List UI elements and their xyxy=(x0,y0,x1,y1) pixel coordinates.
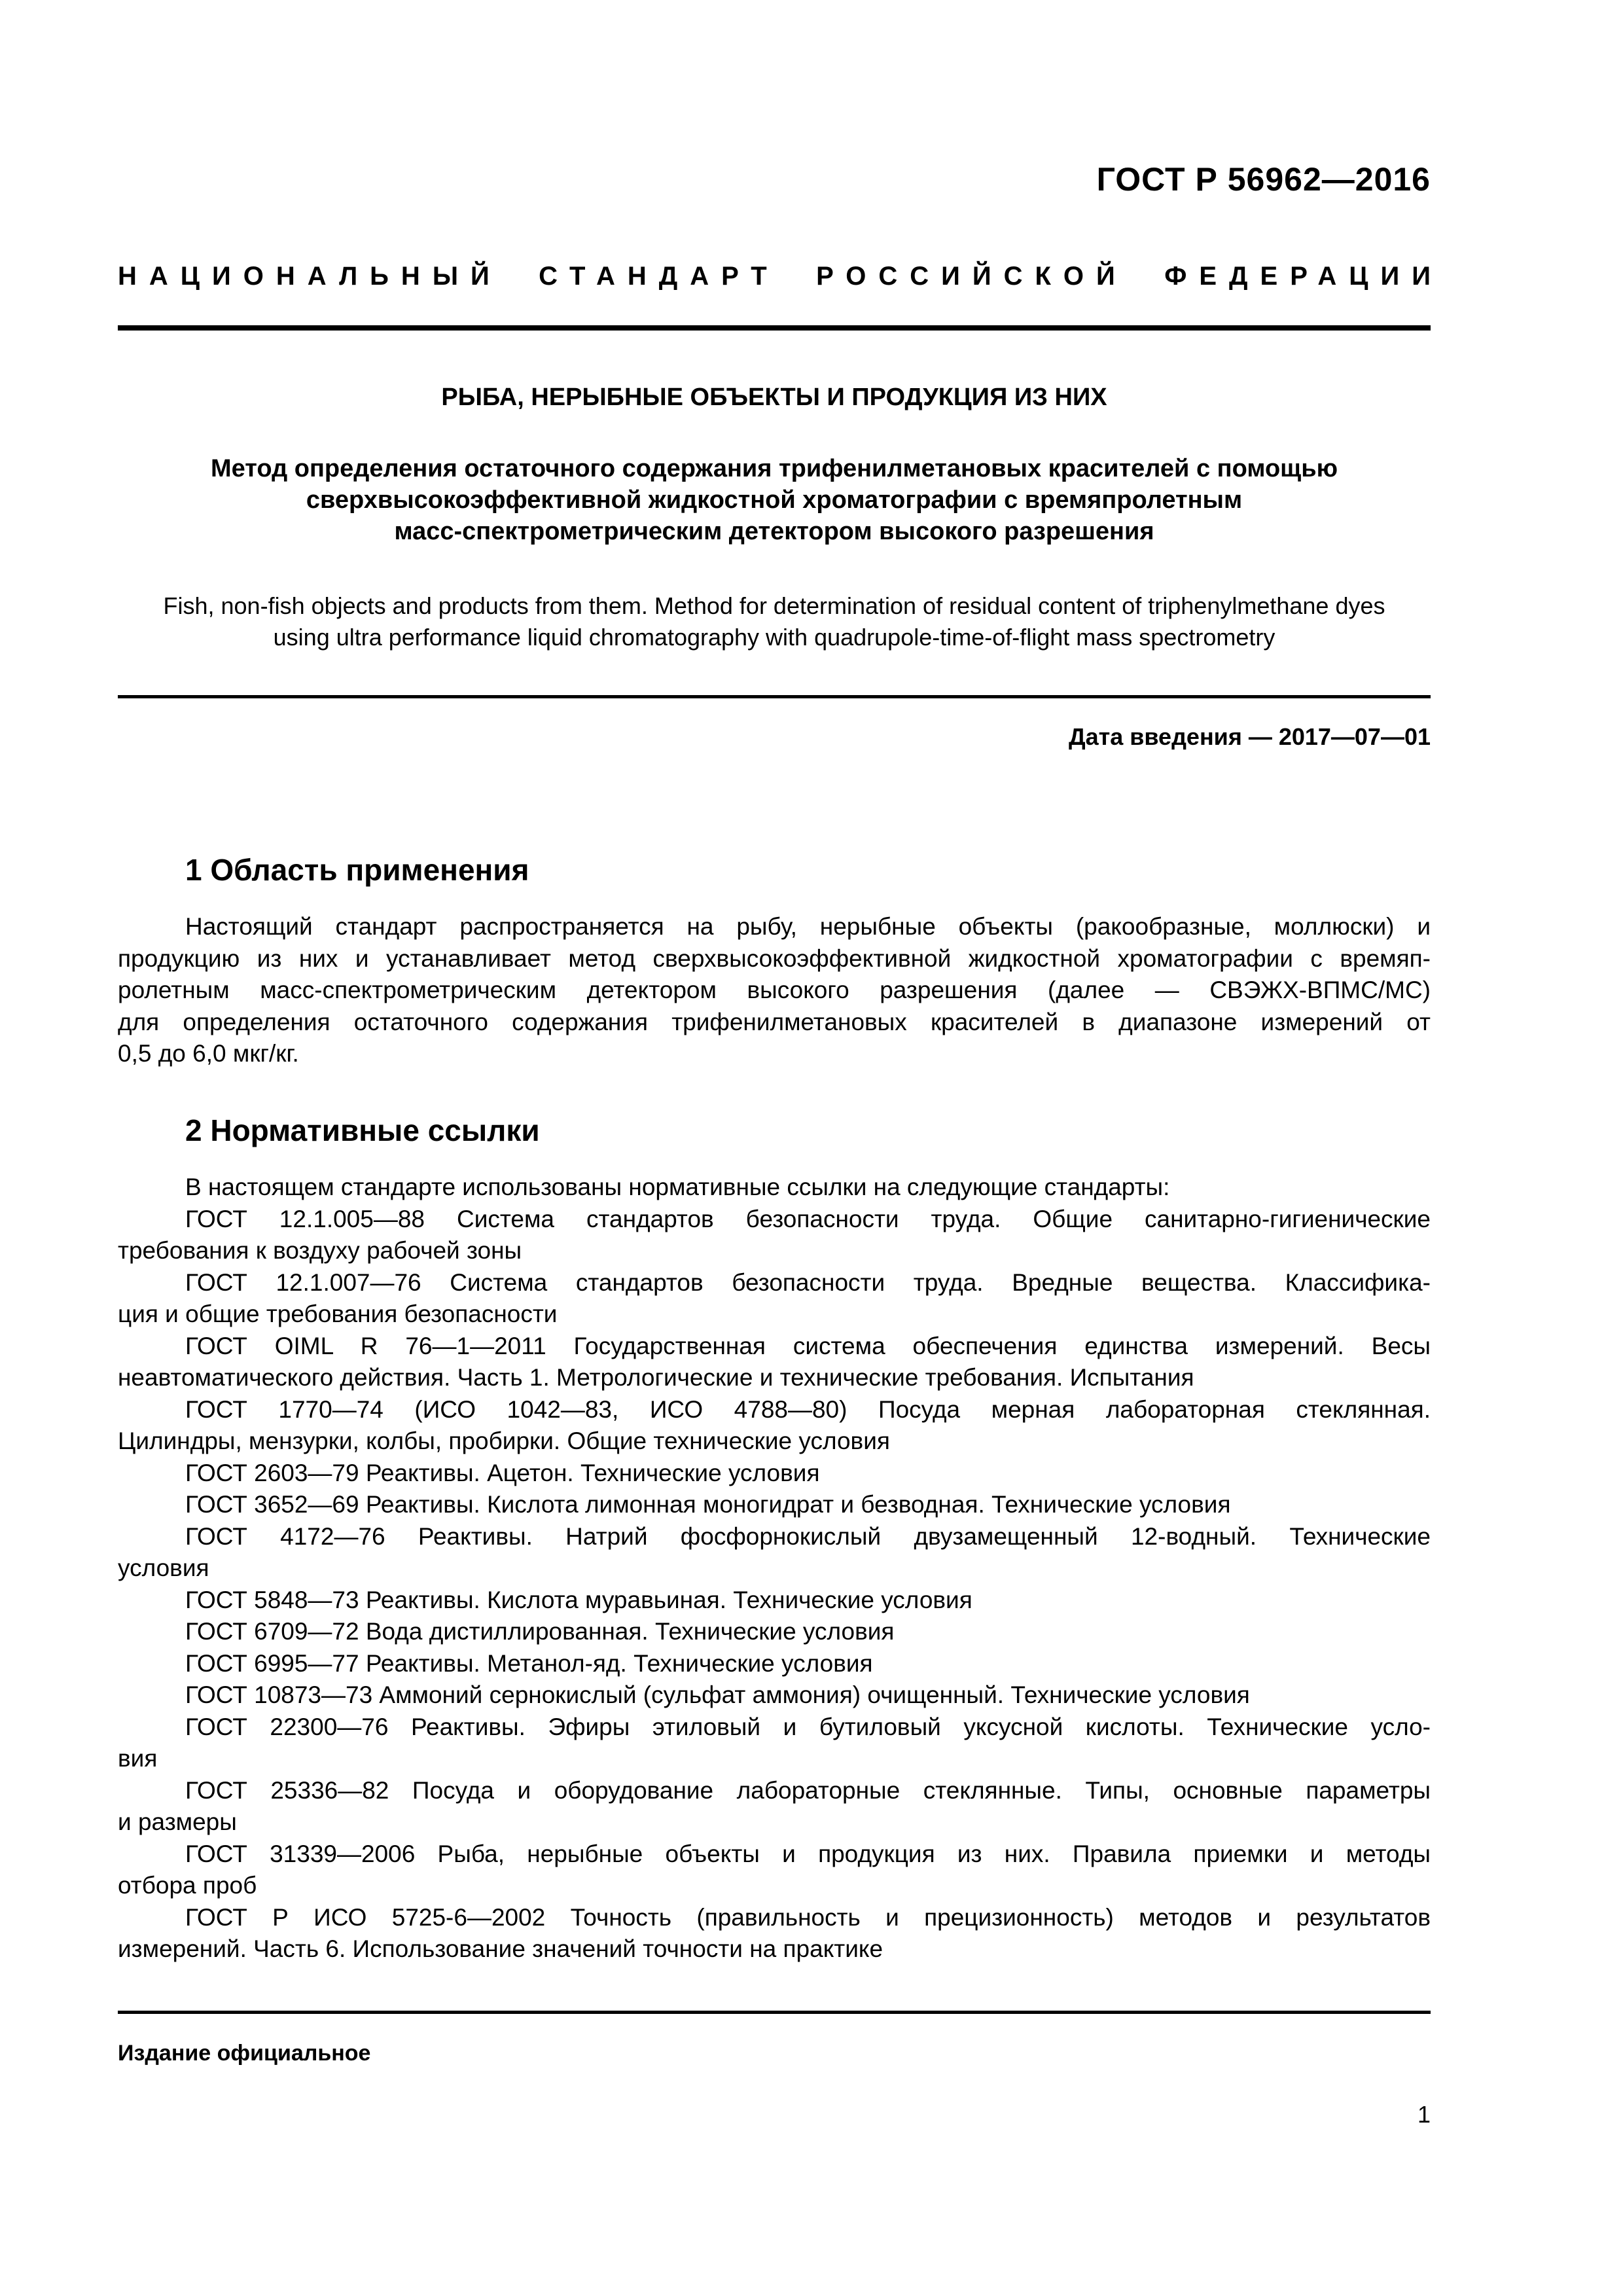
reference-item: ГОСТ 5848—73 Реактивы. Кислота муравьина… xyxy=(118,1585,1431,1617)
text-line: ГОСТ 4172—76 Реактивы. Натрий фосфорноки… xyxy=(118,1521,1431,1553)
reference-item: ГОСТ OIML R 76—1—2011 Государственная си… xyxy=(118,1331,1431,1394)
banner-word: ФЕДЕРАЦИИ xyxy=(1164,262,1443,291)
banner-word: НАЦИОНАЛЬНЫЙ xyxy=(118,262,502,291)
english-title-line: using ultra performance liquid chromatog… xyxy=(118,622,1431,653)
footer-rule xyxy=(118,2011,1431,2014)
reference-item: ГОСТ 3652—69 Реактивы. Кислота лимонная … xyxy=(118,1489,1431,1521)
text-line: Настоящий стандарт распространяется на р… xyxy=(118,911,1431,943)
text-line: ГОСТ 1770—74 (ИСО 1042—83, ИСО 4788—80) … xyxy=(118,1394,1431,1426)
text-line: вия xyxy=(118,1743,1431,1775)
text-line: ГОСТ 22300—76 Реактивы. Эфиры этиловый и… xyxy=(118,1712,1431,1744)
reference-item: ГОСТ 31339—2006 Рыба, нерыбные объекты и… xyxy=(118,1839,1431,1902)
references-intro: В настоящем стандарте использованы норма… xyxy=(118,1172,1431,1204)
reference-item: ГОСТ Р ИСО 5725-6—2002 Точность (правиль… xyxy=(118,1902,1431,1965)
document-title: РЫБА, НЕРЫБНЫЕ ОБЪЕКТЫ И ПРОДУКЦИЯ ИЗ НИ… xyxy=(118,384,1431,412)
text-line: отбора проб xyxy=(118,1870,1431,1902)
text-line: В настоящем стандарте использованы норма… xyxy=(118,1172,1431,1204)
subtitle-line: Метод определения остаточного содержания… xyxy=(118,453,1431,484)
subtitle-line: сверхвысокоэффективной жидкостной хромат… xyxy=(118,484,1431,516)
banner-word: СТАНДАРТ xyxy=(539,262,779,291)
text-line: ГОСТ 12.1.007—76 Система стандартов безо… xyxy=(118,1267,1431,1299)
text-line: неавтоматического действия. Часть 1. Мет… xyxy=(118,1362,1431,1394)
reference-list: ГОСТ 12.1.005—88 Система стандартов безо… xyxy=(118,1204,1431,1965)
reference-item: ГОСТ 12.1.005—88 Система стандартов безо… xyxy=(118,1204,1431,1267)
reference-item: ГОСТ 22300—76 Реактивы. Эфиры этиловый и… xyxy=(118,1712,1431,1775)
section-1-heading: 1 Область применения xyxy=(185,852,529,888)
text-line: ГОСТ OIML R 76—1—2011 Государственная си… xyxy=(118,1331,1431,1363)
header-rule xyxy=(118,325,1431,331)
text-line: ГОСТ 31339—2006 Рыба, нерыбные объекты и… xyxy=(118,1839,1431,1871)
subtitle-line: масс-спектрометрическим детектором высок… xyxy=(118,516,1431,547)
text-line: продукцию из них и устанавливает метод с… xyxy=(118,943,1431,975)
text-line: для определения остаточного содержания т… xyxy=(118,1007,1431,1039)
reference-item: ГОСТ 6995—77 Реактивы. Метанол-яд. Техни… xyxy=(118,1648,1431,1680)
text-line: ГОСТ 6995—77 Реактивы. Метанол-яд. Техни… xyxy=(118,1648,1431,1680)
official-edition-label: Издание официальное xyxy=(118,2041,370,2066)
document-subtitle: Метод определения остаточного содержания… xyxy=(118,453,1431,547)
text-line: ГОСТ 5848—73 Реактивы. Кислота муравьина… xyxy=(118,1585,1431,1617)
text-line: ГОСТ 3652—69 Реактивы. Кислота лимонная … xyxy=(118,1489,1431,1521)
normative-references: В настоящем стандарте использованы норма… xyxy=(118,1172,1431,1965)
reference-item: ГОСТ 25336—82 Посуда и оборудование лабо… xyxy=(118,1775,1431,1839)
text-line: ГОСТ 2603—79 Реактивы. Ацетон. Техническ… xyxy=(118,1458,1431,1490)
text-line: и размеры xyxy=(118,1806,1431,1839)
text-line: ГОСТ 6709—72 Вода дистиллированная. Техн… xyxy=(118,1616,1431,1648)
reference-item: ГОСТ 10873—73 Аммоний сернокислый (сульф… xyxy=(118,1679,1431,1712)
text-line: 0,5 до 6,0 мкг/кг. xyxy=(118,1038,1431,1070)
text-line: ролетным масс-спектрометрическим детекто… xyxy=(118,975,1431,1007)
national-standard-banner: НАЦИОНАЛЬНЫЙ СТАНДАРТ РОССИЙСКОЙ ФЕДЕРАЦ… xyxy=(118,262,1431,291)
text-line: ГОСТ Р ИСО 5725-6—2002 Точность (правиль… xyxy=(118,1902,1431,1934)
page-number: 1 xyxy=(1418,2101,1431,2128)
text-line: требования к воздуху рабочей зоны xyxy=(118,1235,1431,1267)
english-title-line: Fish, non-fish objects and products from… xyxy=(118,590,1431,622)
text-line: ГОСТ 25336—82 Посуда и оборудование лабо… xyxy=(118,1775,1431,1807)
section-2-heading: 2 Нормативные ссылки xyxy=(185,1113,540,1148)
reference-item: ГОСТ 6709—72 Вода дистиллированная. Техн… xyxy=(118,1616,1431,1648)
introduction-date: Дата введения — 2017—07—01 xyxy=(1069,723,1431,751)
reference-item: ГОСТ 1770—74 (ИСО 1042—83, ИСО 4788—80) … xyxy=(118,1394,1431,1458)
reference-item: ГОСТ 4172—76 Реактивы. Натрий фосфорноки… xyxy=(118,1521,1431,1585)
banner-word: РОССИЙСКОЙ xyxy=(816,262,1128,291)
standard-number: ГОСТ Р 56962—2016 xyxy=(1097,160,1431,198)
text-line: Цилиндры, мензурки, колбы, пробирки. Общ… xyxy=(118,1426,1431,1458)
text-line: измерений. Часть 6. Использование значен… xyxy=(118,1933,1431,1965)
title-rule xyxy=(118,695,1431,698)
english-title: Fish, non-fish objects and products from… xyxy=(118,590,1431,653)
text-line: ГОСТ 10873—73 Аммоний сернокислый (сульф… xyxy=(118,1679,1431,1712)
section-1-body: Настоящий стандарт распространяется на р… xyxy=(118,911,1431,1070)
text-line: ция и общие требования безопасности xyxy=(118,1299,1431,1331)
reference-item: ГОСТ 12.1.007—76 Система стандартов безо… xyxy=(118,1267,1431,1331)
text-line: условия xyxy=(118,1552,1431,1585)
text-line: ГОСТ 12.1.005—88 Система стандартов безо… xyxy=(118,1204,1431,1236)
reference-item: ГОСТ 2603—79 Реактивы. Ацетон. Техническ… xyxy=(118,1458,1431,1490)
